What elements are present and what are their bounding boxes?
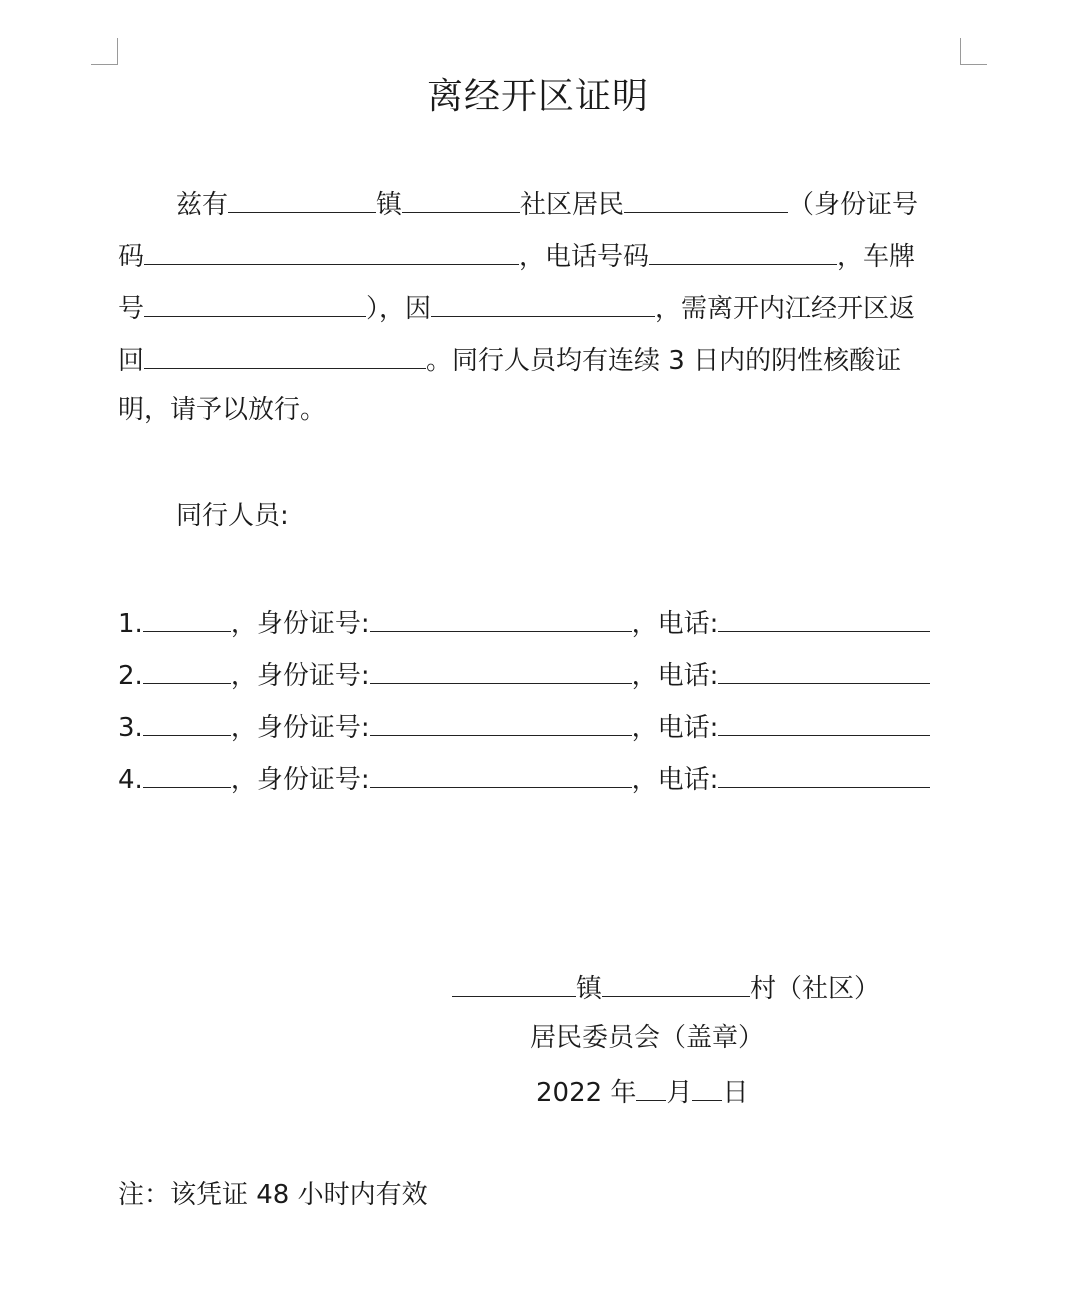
blank-companion-phone[interactable] [718,757,930,788]
companion-number: 1. [118,604,143,644]
text-leave-zone: ，需离开内江经开区返 [655,294,915,324]
companion-number: 3. [118,708,143,748]
page-corner-mark-top-left [91,38,118,65]
blank-companion-name[interactable] [143,601,231,632]
text-id-label: （身份证号 [788,190,918,220]
text-zi-you: 兹有 [176,190,228,220]
blank-day[interactable] [692,1070,722,1101]
signature-date: 2022 年月日 [536,1070,748,1110]
page-corner-mark-top-right [960,38,987,65]
companion-id-label: ，身份证号: [231,760,370,800]
companion-row-4: 4.，身份证号:，电话: [118,757,930,797]
text-hui: 回 [118,346,144,376]
body-line-3: 号），因，需离开内江经开区返 [118,286,961,326]
blank-month[interactable] [636,1070,666,1101]
text-ma: 码 [118,242,144,272]
text-hao: 号 [118,294,144,324]
signature-committee: 居民委员会（盖章） [530,1018,764,1058]
blank-companion-id[interactable] [370,653,632,684]
blank-companion-phone[interactable] [718,601,930,632]
signature-town-village: 镇村（社区） [452,966,880,1006]
blank-companion-id[interactable] [370,757,632,788]
blank-resident-name[interactable] [624,182,788,213]
text-community-resident: 社区居民 [520,190,624,220]
text-day: 日 [722,1073,748,1113]
text-nucleic-test: 。同行人员均有连续 3 日内的阴性核酸证 [426,346,901,376]
companion-number: 2. [118,656,143,696]
blank-signature-town[interactable] [452,966,576,997]
text-month: 月 [666,1073,692,1113]
blank-companion-name[interactable] [143,705,231,736]
companion-row-3: 3.，身份证号:，电话: [118,705,930,745]
blank-companion-name[interactable] [143,757,231,788]
blank-id-number[interactable] [144,234,519,265]
companion-phone-label: ，电话: [632,656,719,696]
blank-town[interactable] [228,182,376,213]
blank-plate-number[interactable] [144,286,366,317]
companion-id-label: ，身份证号: [231,656,370,696]
text-year: 2022 年 [536,1073,636,1113]
companion-phone-label: ，电话: [632,604,719,644]
companion-id-label: ，身份证号: [231,708,370,748]
text-village-community: 村（社区） [750,969,880,1009]
companion-row-1: 1.，身份证号:，电话: [118,601,930,641]
blank-companion-phone[interactable] [718,705,930,736]
blank-companion-id[interactable] [370,705,632,736]
body-line-1: 兹有镇社区居民（身份证号 [118,182,961,222]
text-town: 镇 [376,190,402,220]
blank-community[interactable] [402,182,520,213]
companions-label: 同行人员: [176,496,1019,536]
companion-phone-label: ，电话: [632,708,719,748]
blank-signature-village[interactable] [602,966,750,997]
body-line-2: 码，电话号码，车牌 [118,234,961,274]
body-line-5: 明，请予以放行。 [118,390,961,430]
blank-phone-number[interactable] [649,234,837,265]
document-title: 离经开区证明 [0,68,1076,119]
blank-destination[interactable] [144,338,426,369]
blank-companion-id[interactable] [370,601,632,632]
blank-companion-name[interactable] [143,653,231,684]
text-phone-label: ，电话号码 [519,242,649,272]
companion-phone-label: ，电话: [632,760,719,800]
validity-note: 注：该凭证 48 小时内有效 [118,1175,961,1215]
companion-id-label: ，身份证号: [231,604,370,644]
text-plate-label: ，车牌 [837,242,915,272]
companion-row-2: 2.，身份证号:，电话: [118,653,930,693]
companion-number: 4. [118,760,143,800]
body-line-4: 回。同行人员均有连续 3 日内的阴性核酸证 [118,338,961,378]
blank-reason[interactable] [431,286,655,317]
blank-companion-phone[interactable] [718,653,930,684]
text-town: 镇 [576,969,602,1009]
text-reason-label: ），因 [366,294,431,324]
